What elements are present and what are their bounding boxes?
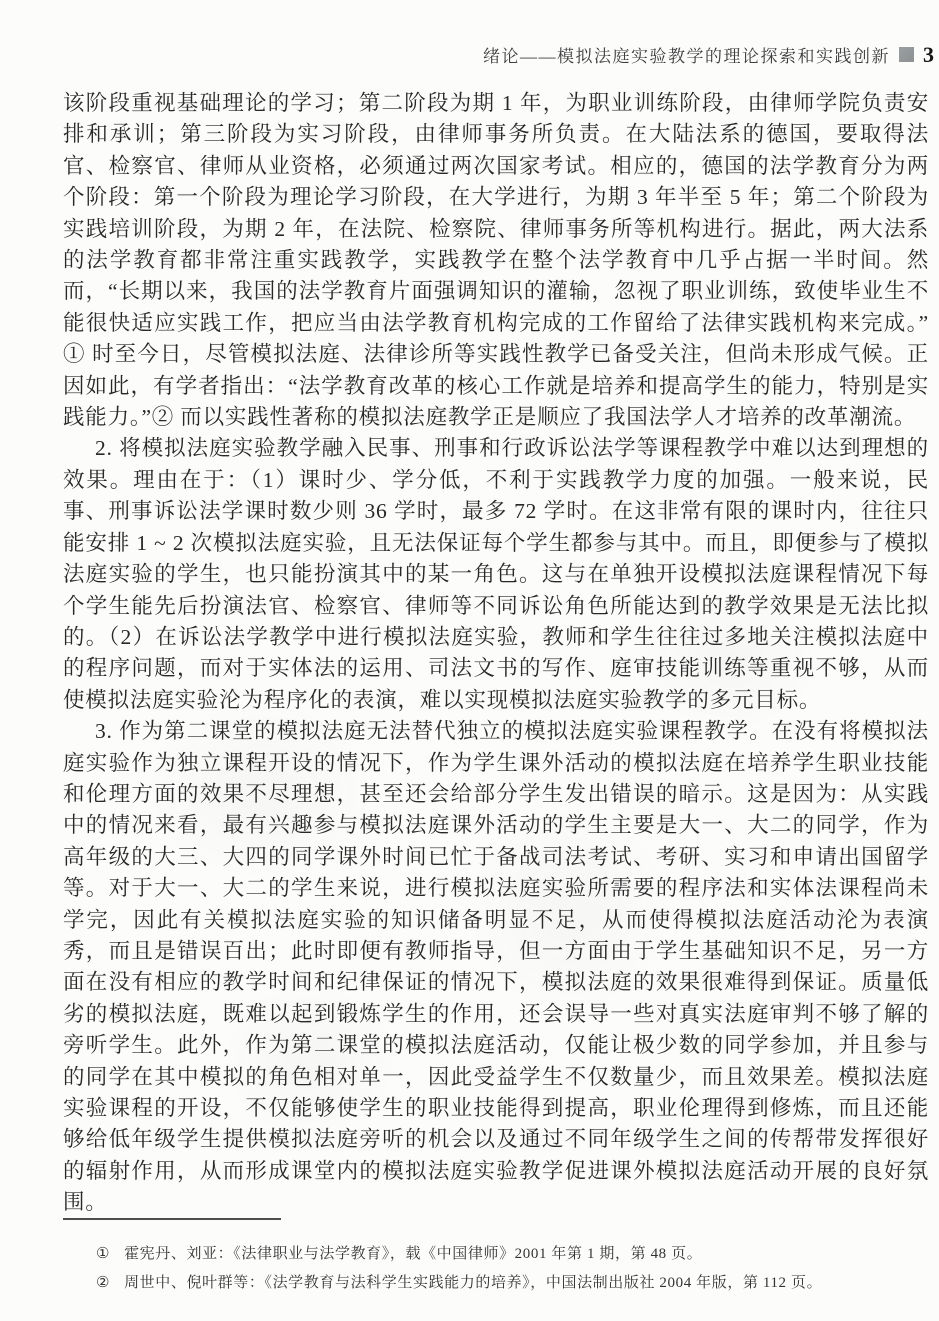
page-number-square-icon bbox=[899, 47, 914, 62]
footnote-separator-rule bbox=[63, 1218, 281, 1220]
chapter-title: 绪论——模拟法庭实验教学的理论探索和实践创新 bbox=[483, 42, 890, 67]
book-page: 绪论——模拟法庭实验教学的理论探索和实践创新 3 该阶段重视基础理论的学习；第二… bbox=[0, 0, 939, 1321]
body-paragraph: 该阶段重视基础理论的学习；第二阶段为期 1 年，为职业训练阶段，由律师学院负责安… bbox=[63, 88, 929, 433]
footnotes-section: ① 霍宪丹、刘亚：《法律职业与法学教育》，载《中国律师》2001 年第 1 期，… bbox=[63, 1218, 929, 1302]
footnote-item: ② 周世中、倪叶群等：《法学教育与法科学生实践能力的培养》，中国法制出版社 20… bbox=[63, 1273, 929, 1293]
footnote-text: 霍宪丹、刘亚：《法律职业与法学教育》，载《中国律师》2001 年第 1 期，第 … bbox=[124, 1244, 929, 1264]
footnote-text: 周世中、倪叶群等：《法学教育与法科学生实践能力的培养》，中国法制出版社 2004… bbox=[124, 1273, 929, 1293]
body-paragraph: 2. 将模拟法庭实验教学融入民事、刑事和行政诉讼法学等课程教学中难以达到理想的效… bbox=[63, 433, 929, 716]
footnote-marker: ② bbox=[96, 1273, 110, 1293]
body-paragraph: 3. 作为第二课堂的模拟法庭无法替代独立的模拟法庭实验课程教学。在没有将模拟法庭… bbox=[63, 716, 929, 1219]
running-head: 绪论——模拟法庭实验教学的理论探索和实践创新 3 bbox=[483, 42, 934, 67]
body-text: 该阶段重视基础理论的学习；第二阶段为期 1 年，为职业训练阶段，由律师学院负责安… bbox=[63, 88, 929, 1219]
footnote-item: ① 霍宪丹、刘亚：《法律职业与法学教育》，载《中国律师》2001 年第 1 期，… bbox=[63, 1244, 929, 1264]
footnote-marker: ① bbox=[96, 1244, 110, 1264]
page-number: 3 bbox=[923, 47, 934, 62]
